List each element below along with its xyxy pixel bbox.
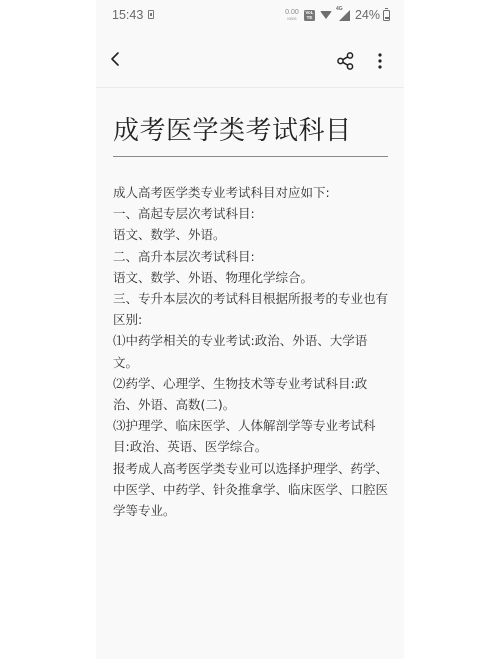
paragraph-section-2-subjects: 语文、数学、外语、物理化学综合。 <box>113 267 388 288</box>
paragraph-item-2: ⑵药学、心理学、生物技术等专业考试科目:政治、外语、高数(二)。 <box>113 373 388 415</box>
more-options-button[interactable] <box>373 51 387 71</box>
wifi-icon <box>320 11 332 19</box>
paragraph-intro: 成人高考医学类专业考试科目对应如下: <box>113 182 388 203</box>
paragraph-section-2-heading: 二、高升本层次考试科目: <box>113 246 388 267</box>
paragraph-section-3-heading: 三、专升本层次的考试科目根据所报考的专业也有区别: <box>113 288 388 330</box>
back-button[interactable] <box>108 48 126 70</box>
volte-label-bottom: TE <box>307 15 313 20</box>
battery-icon <box>383 10 390 21</box>
more-vertical-icon <box>373 51 387 71</box>
paragraph-section-1-heading: 一、高起专层次考试科目: <box>113 203 388 224</box>
net-speed-value: 0.00 <box>285 9 299 16</box>
volte-icon: VoL TE <box>304 10 315 21</box>
share-button[interactable] <box>336 51 356 71</box>
article: 成考医学类考试科目 成人高考医学类专业考试科目对应如下: 一、高起专层次考试科目… <box>113 88 388 521</box>
status-time: 15:43 <box>112 8 143 22</box>
battery-percent: 24% <box>355 8 380 22</box>
share-icon <box>336 51 356 71</box>
network-speed-indicator: 0.00 KB/S <box>285 10 299 21</box>
net-speed-unit: KB/S <box>285 16 299 21</box>
chevron-left-icon <box>108 48 126 70</box>
paragraph-conclusion: 报考成人高考医学类专业可以选择护理学、药学、中医学、中药学、针灸推拿学、临床医学… <box>113 458 388 522</box>
status-bar: 15:43 0.00 KB/S VoL TE 4G 24% <box>96 0 404 30</box>
paragraph-item-3: ⑶护理学、临床医学、人体解剖学等专业考试科目:政治、英语、医学综合。 <box>113 415 388 457</box>
article-body: 成人高考医学类专业考试科目对应如下: 一、高起专层次考试科目: 语文、数学、外语… <box>113 182 388 521</box>
paragraph-section-1-subjects: 语文、数学、外语。 <box>113 224 388 245</box>
status-icons: 0.00 KB/S VoL TE 4G 24% <box>285 7 390 23</box>
sim-notification-icon <box>148 10 154 19</box>
article-title: 成考医学类考试科目 <box>113 116 388 157</box>
app-toolbar <box>96 30 404 88</box>
paragraph-item-1: ⑴中药学相关的专业考试:政治、外语、大学语文。 <box>113 330 388 372</box>
phone-screen: 15:43 0.00 KB/S VoL TE 4G 24% <box>96 0 404 659</box>
signal-bars <box>339 10 350 21</box>
cell-signal-icon: 4G <box>337 9 350 21</box>
